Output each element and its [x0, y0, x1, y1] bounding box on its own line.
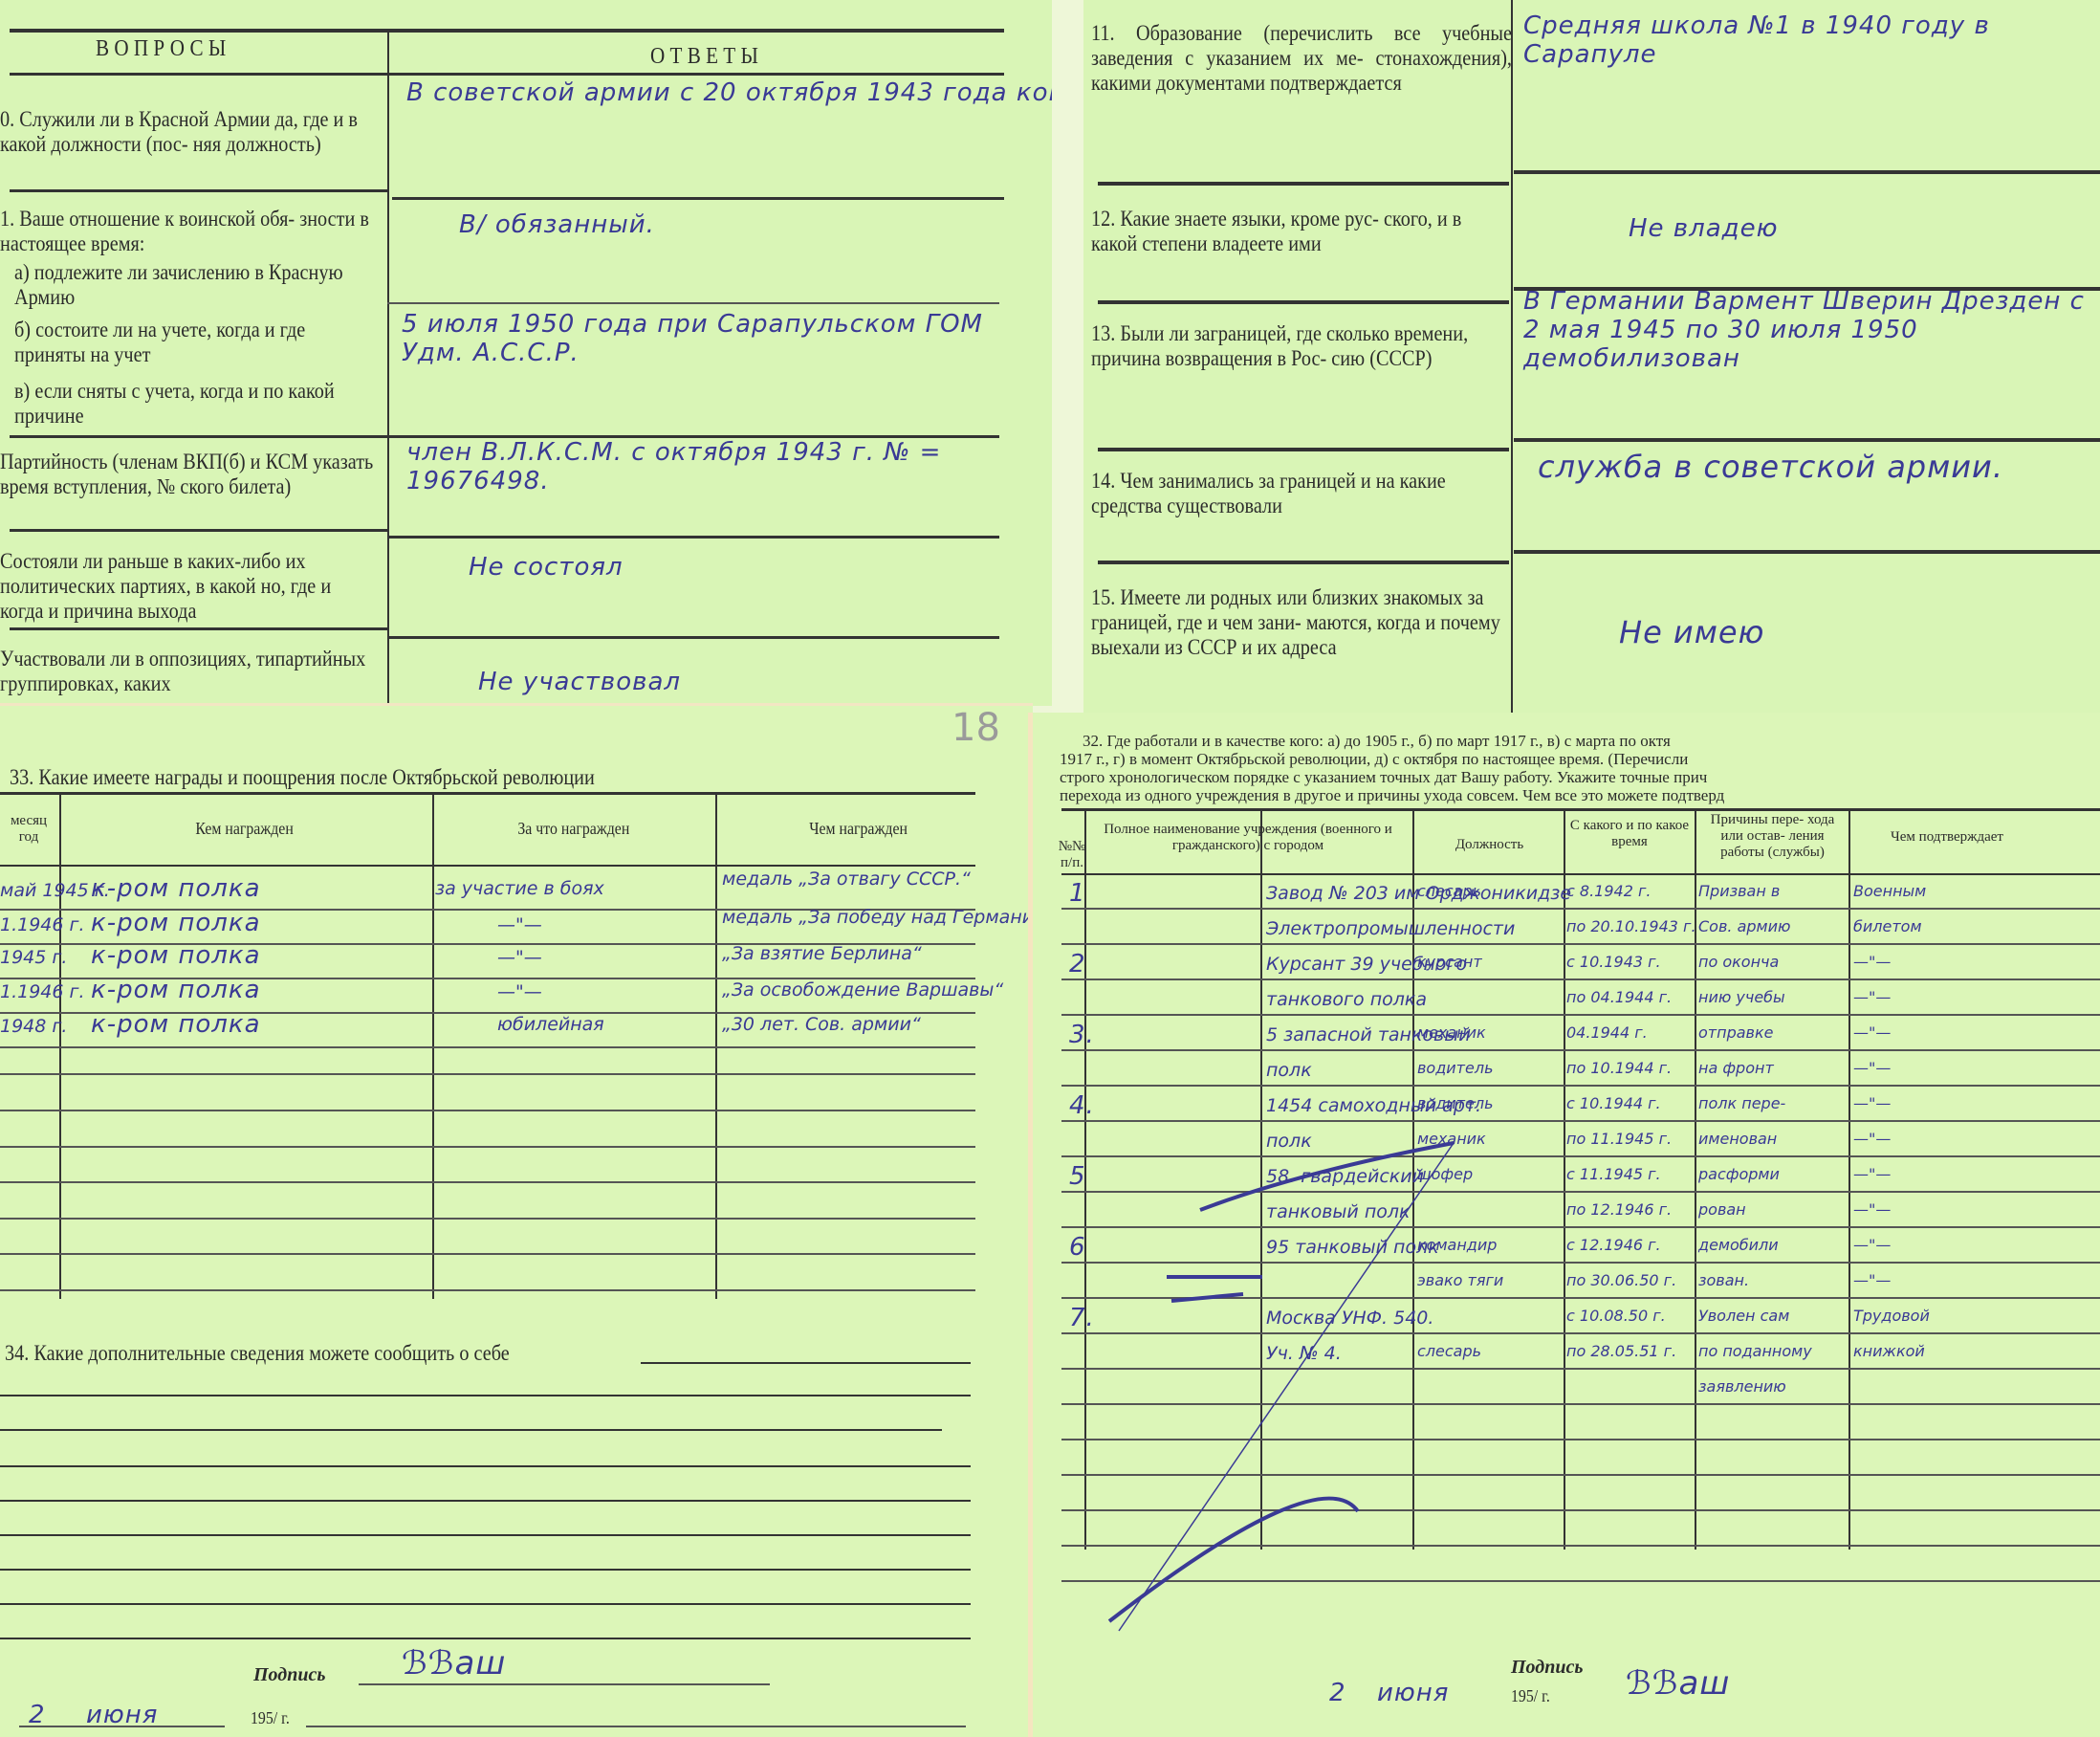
- answer-10: В советской армии с 20 октября 1943 года…: [406, 78, 1052, 107]
- rule: [0, 1638, 971, 1639]
- date-year: 195/ г.: [251, 1708, 290, 1728]
- col-header-for-what: За что награжден: [432, 819, 715, 839]
- rule: [387, 536, 999, 539]
- rule: [1098, 182, 1509, 186]
- question-11c: в) если сняты с учета, когда и по какой …: [14, 379, 384, 429]
- answer-languages: Не владею: [1629, 214, 1779, 243]
- award-for: за участие в боях: [435, 878, 604, 899]
- question-relatives-abroad: 15. Имеете ли родных или близких знакомы…: [1091, 585, 1512, 660]
- answer-abroad: В Германии Вармент Шверин Дрезден с 2 ма…: [1523, 287, 2097, 373]
- signature-line: [359, 1683, 770, 1685]
- rule: [1514, 550, 2100, 554]
- answer-occupation-abroad: служба в советской армии.: [1538, 448, 2073, 486]
- page-gutter: [1052, 0, 1083, 713]
- column-divider: [715, 792, 717, 1299]
- col-header-date: месяц год: [0, 813, 57, 846]
- rule: [387, 302, 999, 304]
- col-header-by-whom: Кем награжден: [59, 819, 429, 839]
- answers-header: ОТВЕТЫ: [650, 44, 763, 69]
- award-what: „30 лет. Сов. армии“: [722, 1014, 921, 1035]
- award-by: к-ром полка: [91, 909, 261, 937]
- signature: ℬℬаш: [402, 1649, 506, 1678]
- award-for: —"—: [497, 914, 542, 935]
- page-top-left: ВОПРОСЫ ОТВЕТЫ 0. Служили ли в Красной А…: [0, 0, 1052, 706]
- rule: [387, 636, 999, 639]
- award-by: к-ром полка: [91, 874, 261, 903]
- rule: [1514, 438, 2100, 442]
- award-what: „За взятие Берлина“: [722, 943, 922, 964]
- rule: [10, 529, 387, 532]
- rule: [10, 627, 387, 630]
- award-what: медаль „За победу над Германией“: [722, 907, 1033, 928]
- rule: [0, 1534, 971, 1536]
- column-divider: [387, 29, 389, 706]
- answer-education: Средняя школа №1 в 1940 году в Сарапуле: [1523, 11, 2097, 69]
- rule: [0, 1046, 975, 1048]
- rule: [0, 1253, 975, 1255]
- col-header-award: Чем награжден: [715, 819, 1001, 839]
- rule: [0, 792, 975, 795]
- award-date: 1.1946 г.: [0, 914, 85, 935]
- award-by: к-ром полка: [91, 941, 261, 970]
- rule: [0, 865, 975, 867]
- question-11b: б) состоите ли на учете, когда и где при…: [14, 318, 376, 367]
- rule: [10, 29, 1004, 33]
- question-languages: 12. Какие знаете языки, кроме рус- ского…: [1091, 207, 1512, 256]
- rule: [10, 189, 387, 192]
- answer-11b: 5 июля 1950 года при Сарапульском ГОМ Уд…: [402, 310, 1014, 367]
- date-day: 2: [1329, 1679, 1346, 1707]
- rule: [0, 1603, 971, 1605]
- rule: [10, 435, 387, 438]
- additional-info-question: 34. Какие дополнительные сведения можете…: [5, 1341, 510, 1366]
- date-month: июня: [1377, 1679, 1449, 1707]
- rule: [0, 1146, 975, 1148]
- page-bottom-left: 18 33. Какие имеете награды и поощрения …: [0, 706, 1033, 1737]
- award-date: 1945 г.: [0, 947, 67, 968]
- question-partiynost: Партийность (членам ВКП(б) и КСМ указать…: [0, 450, 379, 499]
- answer-partiynost: член В.Л.К.С.М. с октября 1943 г. № = 19…: [406, 438, 1018, 495]
- award-for: —"—: [497, 981, 542, 1002]
- rule: [392, 197, 1004, 200]
- signature: ℬℬаш: [1626, 1669, 1730, 1698]
- awards-title: 33. Какие имеете награды и поощрения пос…: [10, 765, 595, 790]
- question-abroad: 13. Были ли заграницей, где сколько врем…: [1091, 321, 1512, 371]
- questions-header: ВОПРОСЫ: [96, 36, 231, 61]
- signature-label: Подпись: [1511, 1655, 1583, 1680]
- rule: [0, 1569, 971, 1571]
- rule: [0, 1465, 971, 1467]
- date-line: [306, 1726, 966, 1727]
- signature-label: Подпись: [253, 1662, 325, 1687]
- question-education: 11. Образование (перечислить все учебные…: [1091, 21, 1512, 96]
- rule: [1098, 448, 1509, 451]
- page-bottom-right: 32. Где работали и в качестве кого: а) д…: [1033, 713, 2100, 1737]
- page-number-mark: 18: [952, 706, 1000, 750]
- award-for: —"—: [497, 947, 542, 968]
- page-top-right: 11. Образование (перечислить все учебные…: [1083, 0, 2100, 713]
- date-line: [19, 1726, 225, 1727]
- answer-parties: Не состоял: [469, 553, 623, 582]
- question-10: 0. Служили ли в Красной Армии да, где и …: [0, 107, 379, 157]
- answer-oppositions: Не участвовал: [478, 668, 681, 696]
- award-date: 1.1946 г.: [0, 981, 85, 1002]
- award-what: медаль „За отвагу СССР.“: [722, 868, 971, 890]
- rule: [0, 1073, 975, 1075]
- question-parties: Состояли ли раньше в каких-либо их полит…: [0, 549, 379, 624]
- rule: [0, 1500, 971, 1502]
- rule: [0, 1181, 975, 1183]
- rule: [1514, 170, 2100, 174]
- question-11a: а) подлежите ли зачислению в Красную Арм…: [14, 260, 376, 310]
- rule: [0, 1429, 942, 1431]
- award-by: к-ром полка: [91, 976, 261, 1004]
- rule: [0, 1110, 975, 1111]
- award-by: к-ром полка: [91, 1010, 261, 1039]
- column-divider: [59, 792, 61, 1299]
- rule: [0, 1218, 975, 1220]
- date-year: 195/ г.: [1511, 1686, 1550, 1706]
- question-oppositions: Участвовали ли в оппозициях, типартийных…: [0, 647, 379, 696]
- question-11: 1. Ваше отношение к воинской обя- зности…: [0, 207, 379, 256]
- answer-relatives-abroad: Не имею: [1619, 618, 1764, 647]
- rule: [641, 1362, 971, 1364]
- rule: [10, 73, 1004, 76]
- award-what: „За освобождение Варшавы“: [722, 979, 1003, 1000]
- award-date: 1948 г.: [0, 1016, 67, 1037]
- rule: [1098, 300, 1509, 304]
- rule: [0, 1395, 971, 1396]
- crossing-out-strokes: [1033, 713, 2100, 1737]
- award-for: юбилейная: [497, 1014, 604, 1035]
- rule: [1098, 561, 1509, 564]
- rule: [0, 1289, 975, 1291]
- column-divider: [432, 792, 434, 1299]
- question-occupation-abroad: 14. Чем занимались за границей и на каки…: [1091, 469, 1512, 518]
- answer-11: В/ обязанный.: [459, 210, 655, 239]
